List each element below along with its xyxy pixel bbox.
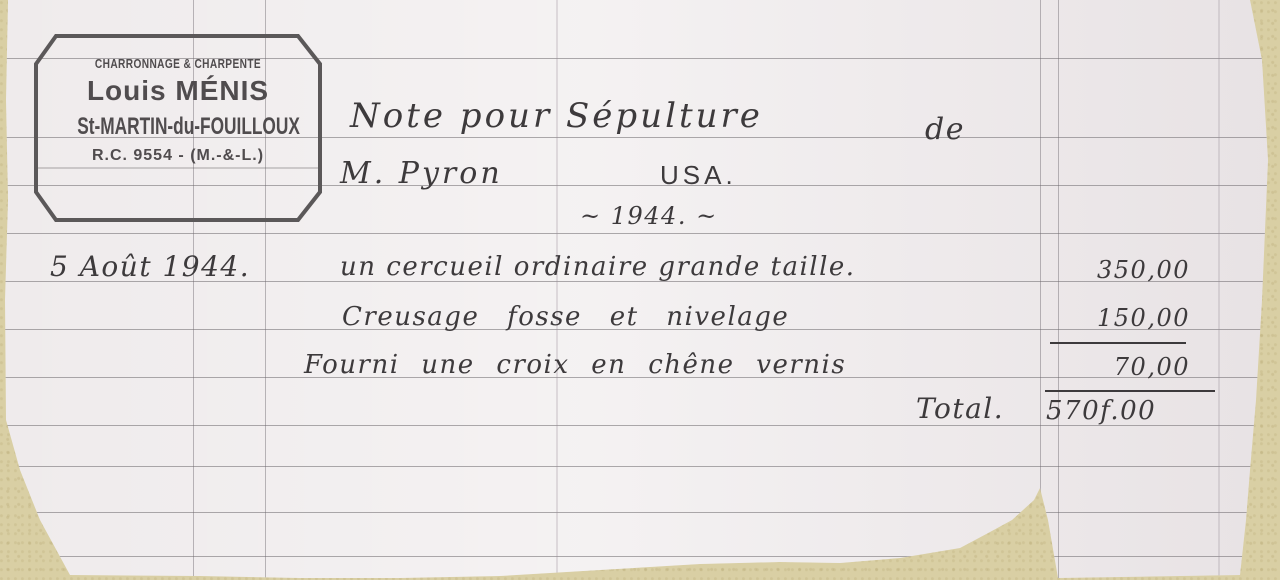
fold-crease (556, 0, 558, 580)
total-rule (1045, 390, 1215, 392)
addressee-country: USA. (660, 160, 737, 191)
document-title-suffix: de (925, 112, 965, 147)
subtotal-rule (1050, 342, 1186, 344)
ruled-line (0, 556, 1280, 557)
line-item-description: Fourni une croix en chêne vernis (304, 350, 846, 380)
ruled-line (0, 233, 1280, 234)
stamp-frame (34, 34, 322, 222)
total-label: Total. (916, 392, 1004, 425)
addressee-name: M. Pyron (340, 156, 503, 191)
line-item-amount: 150,00 (1097, 304, 1190, 332)
line-item-amount: 350,00 (1097, 256, 1190, 284)
document-title: Note pour Sépulture (350, 96, 763, 136)
ruled-line (0, 512, 1280, 513)
line-item-description: un cercueil ordinaire grande taille. (340, 252, 856, 282)
line-item-description: Creusage fosse et nivelage (342, 302, 789, 332)
total-amount: 570f.00 (1046, 396, 1156, 426)
fold-crease (1218, 0, 1220, 580)
line-item-amount: 70,00 (1114, 353, 1190, 381)
margin-line (1040, 0, 1041, 580)
ruled-line (0, 466, 1280, 467)
document-year: ~ 1944. ~ (580, 202, 718, 230)
entry-date: 5 Août 1944. (50, 250, 250, 283)
margin-line (1058, 0, 1059, 580)
